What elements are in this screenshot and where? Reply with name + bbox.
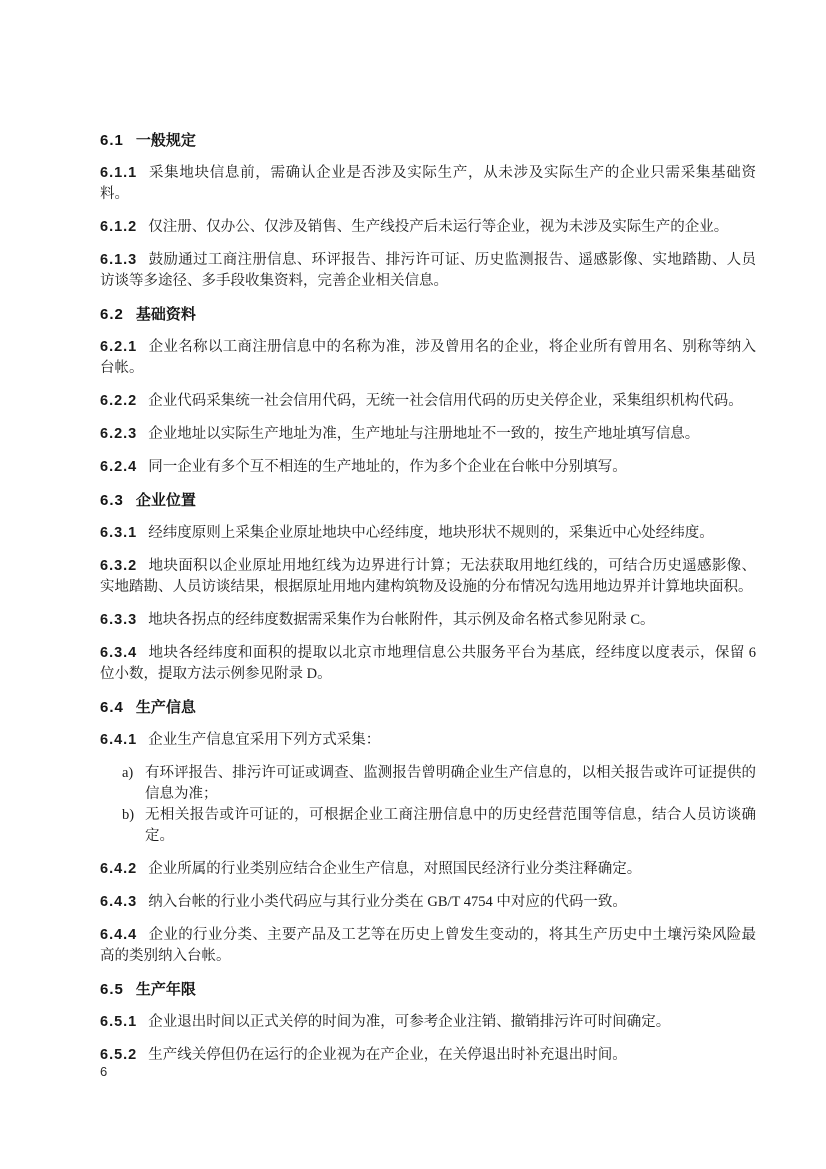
section-title: 生产年限	[136, 981, 196, 998]
clause-number: 6.2.3	[100, 426, 137, 442]
clause-number: 6.3.1	[100, 525, 137, 541]
clause-number: 6.4.4	[100, 927, 137, 943]
document-page: 6.1一般规定 6.1.1采集地块信息前，需确认企业是否涉及实际生产，从未涉及实…	[0, 0, 826, 1169]
clause: 6.2.2企业代码采集统一社会信用代码，无统一社会信用代码的历史关停企业，采集组…	[100, 391, 756, 412]
clause-text: 企业所属的行业类别应结合企业生产信息，对照国民经济行业分类注释确定。	[148, 861, 641, 877]
section-heading: 6.3企业位置	[100, 490, 756, 511]
clause-number: 6.3.4	[100, 645, 137, 661]
clause-text: 企业的行业分类、主要产品及工艺等在历史上曾发生变动的，将其生产历史中土壤污染风险…	[100, 927, 756, 964]
section-number: 6.3	[100, 490, 124, 511]
section-6-3: 6.3企业位置 6.3.1经纬度原则上采集企业原址地块中心经纬度，地块形状不规则…	[100, 490, 756, 685]
section-heading: 6.5生产年限	[100, 979, 756, 1000]
list-item-text: 无相关报告或许可证的，可根据企业工商注册信息中的历史经营范围等信息，结合人员访谈…	[145, 805, 756, 847]
clause: 6.2.4同一企业有多个互不相连的生产地址的，作为多个企业在台帐中分别填写。	[100, 457, 756, 478]
section-heading: 6.4生产信息	[100, 697, 756, 718]
clause: 6.5.2生产线关停但仍在运行的企业视为在产企业，在关停退出时补充退出时间。	[100, 1045, 756, 1066]
clause-number: 6.2.1	[100, 339, 137, 355]
clause-number: 6.5.2	[100, 1047, 137, 1063]
clause: 6.1.1采集地块信息前，需确认企业是否涉及实际生产，从未涉及实际生产的企业只需…	[100, 163, 756, 205]
section-number: 6.5	[100, 979, 124, 1000]
clause: 6.4.4企业的行业分类、主要产品及工艺等在历史上曾发生变动的，将其生产历史中土…	[100, 925, 756, 967]
section-title: 基础资料	[136, 306, 196, 323]
clause-text: 仅注册、仅办公、仅涉及销售、生产线投产后未运行等企业，视为未涉及实际生产的企业。	[148, 219, 728, 235]
clause-text: 地块各拐点的经纬度数据需采集作为台帐附件，其示例及命名格式参见附录 C。	[148, 612, 654, 628]
section-heading: 6.2基础资料	[100, 304, 756, 325]
clause-text: 采集地块信息前，需确认企业是否涉及实际生产，从未涉及实际生产的企业只需采集基础资…	[100, 165, 756, 202]
clause: 6.1.3鼓励通过工商注册信息、环评报告、排污许可证、历史监测报告、遥感影像、实…	[100, 250, 756, 292]
clause-number: 6.2.2	[100, 393, 137, 409]
clause: 6.3.3地块各拐点的经纬度数据需采集作为台帐附件，其示例及命名格式参见附录 C…	[100, 610, 756, 631]
clause-number: 6.4.3	[100, 894, 137, 910]
clause-text: 纳入台帐的行业小类代码应与其行业分类在 GB/T 4754 中对应的代码一致。	[148, 894, 627, 910]
clause-number: 6.2.4	[100, 459, 137, 475]
section-number: 6.2	[100, 304, 124, 325]
clause-text: 企业退出时间以正式关停的时间为准，可参考企业注销、撤销排污许可时间确定。	[148, 1014, 670, 1030]
section-6-5: 6.5生产年限 6.5.1企业退出时间以正式关停的时间为准，可参考企业注销、撤销…	[100, 979, 756, 1066]
clause-number: 6.5.1	[100, 1014, 137, 1030]
clause: 6.4.2企业所属的行业类别应结合企业生产信息，对照国民经济行业分类注释确定。	[100, 859, 756, 880]
clause-text: 同一企业有多个互不相连的生产地址的，作为多个企业在台帐中分别填写。	[148, 459, 627, 475]
clause-text: 经纬度原则上采集企业原址地块中心经纬度，地块形状不规则的，采集近中心处经纬度。	[148, 525, 714, 541]
clause-text: 企业名称以工商注册信息中的名称为准，涉及曾用名的企业，将企业所有曾用名、别称等纳…	[100, 339, 756, 376]
clause-text: 企业地址以实际生产地址为准，生产地址与注册地址不一致的，按生产地址填写信息。	[148, 426, 699, 442]
clause-text: 生产线关停但仍在运行的企业视为在产企业，在关停退出时补充退出时间。	[148, 1047, 627, 1063]
clause-number: 6.1.3	[100, 252, 137, 268]
clause-number: 6.3.3	[100, 612, 137, 628]
page-number: 6	[100, 1064, 107, 1080]
section-number: 6.4	[100, 697, 124, 718]
list-marker: b)	[122, 805, 145, 847]
section-title: 一般规定	[136, 132, 196, 149]
clause-number: 6.3.2	[100, 558, 137, 574]
clause-number: 6.4.1	[100, 732, 137, 748]
clause: 6.3.2地块面积以企业原址用地红线为边界进行计算；无法获取用地红线的，可结合历…	[100, 556, 756, 598]
clause-number: 6.4.2	[100, 861, 137, 877]
clause: 6.2.1企业名称以工商注册信息中的名称为准，涉及曾用名的企业，将企业所有曾用名…	[100, 337, 756, 379]
clause-number: 6.1.1	[100, 165, 137, 181]
clause-text: 鼓励通过工商注册信息、环评报告、排污许可证、历史监测报告、遥感影像、实地踏勘、人…	[100, 252, 756, 289]
section-title: 企业位置	[136, 492, 196, 509]
clause: 6.3.4地块各经纬度和面积的提取以北京市地理信息公共服务平台为基底，经纬度以度…	[100, 643, 756, 685]
clause-text: 企业代码采集统一社会信用代码，无统一社会信用代码的历史关停企业，采集组织机构代码…	[148, 393, 743, 409]
clause-text: 地块面积以企业原址用地红线为边界进行计算；无法获取用地红线的，可结合历史遥感影像…	[100, 558, 756, 595]
section-6-4: 6.4生产信息 6.4.1企业生产信息宜采用下列方式采集： a) 有环评报告、排…	[100, 697, 756, 967]
clause: 6.2.3企业地址以实际生产地址为准，生产地址与注册地址不一致的，按生产地址填写…	[100, 424, 756, 445]
list-item: a) 有环评报告、排污许可证或调查、监测报告曾明确企业生产信息的，以相关报告或许…	[100, 763, 756, 805]
section-6-1: 6.1一般规定 6.1.1采集地块信息前，需确认企业是否涉及实际生产，从未涉及实…	[100, 130, 756, 292]
clause: 6.1.2仅注册、仅办公、仅涉及销售、生产线投产后未运行等企业，视为未涉及实际生…	[100, 217, 756, 238]
clause: 6.3.1经纬度原则上采集企业原址地块中心经纬度，地块形状不规则的，采集近中心处…	[100, 523, 756, 544]
section-title: 生产信息	[136, 699, 196, 716]
clause-text: 企业生产信息宜采用下列方式采集：	[148, 732, 380, 748]
section-heading: 6.1一般规定	[100, 130, 756, 151]
clause: 6.5.1企业退出时间以正式关停的时间为准，可参考企业注销、撤销排污许可时间确定…	[100, 1012, 756, 1033]
clause: 6.4.1企业生产信息宜采用下列方式采集：	[100, 730, 756, 751]
list-marker: a)	[122, 763, 145, 805]
clause-number: 6.1.2	[100, 219, 137, 235]
section-6-2: 6.2基础资料 6.2.1企业名称以工商注册信息中的名称为准，涉及曾用名的企业，…	[100, 304, 756, 478]
clause-text: 地块各经纬度和面积的提取以北京市地理信息公共服务平台为基底，经纬度以度表示，保留…	[100, 645, 756, 682]
list-item: b) 无相关报告或许可证的，可根据企业工商注册信息中的历史经营范围等信息，结合人…	[100, 805, 756, 847]
list-item-text: 有环评报告、排污许可证或调查、监测报告曾明确企业生产信息的，以相关报告或许可证提…	[145, 763, 756, 805]
section-number: 6.1	[100, 130, 124, 151]
clause: 6.4.3纳入台帐的行业小类代码应与其行业分类在 GB/T 4754 中对应的代…	[100, 892, 756, 913]
clause-list: a) 有环评报告、排污许可证或调查、监测报告曾明确企业生产信息的，以相关报告或许…	[100, 763, 756, 847]
